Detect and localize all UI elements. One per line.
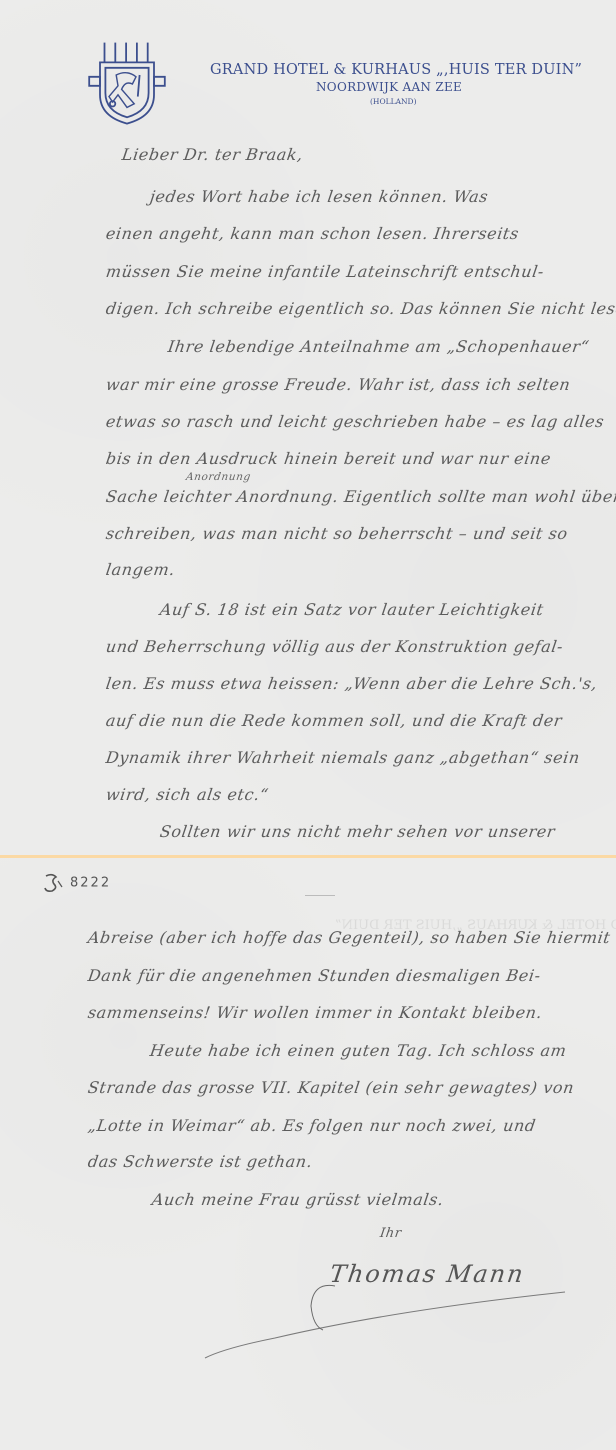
letter-line: einen angeht, kann man schon lesen. Ihre… — [105, 224, 521, 243]
letter-line: Abreise (aber ich hoffe das Gegenteil), … — [87, 928, 612, 947]
letter-line: Dynamik ihrer Wahrheit niemals ganz „abg… — [105, 748, 582, 767]
letter-line: Sache leichter Anordnung. Eigentlich sol… — [105, 487, 616, 506]
letter-line: jedes Wort habe ich lesen können. Was — [149, 187, 490, 206]
letter-line: Heute habe ich einen guten Tag. Ich schl… — [149, 1041, 568, 1060]
letterhead-city: NOORDWIJK AAN ZEE — [316, 80, 462, 94]
letter-line: und Beherrschung völlig aus der Konstruk… — [105, 637, 565, 656]
letter-line: müssen Sie meine infantile Lateinschrift… — [105, 262, 546, 281]
letter-page-2: 8222 GRAND HOTEL & KURHAUS „,HUIS TER DU… — [0, 858, 616, 1450]
letter-line: etwas so rasch und leicht geschrieben ha… — [105, 412, 606, 431]
letter-page-1: GRAND HOTEL & KURHAUS „,HUIS TER DUIN” N… — [0, 0, 616, 855]
letter-closing: Ihr — [379, 1226, 403, 1241]
letter-line: schreiben, was man nicht so beherrscht –… — [105, 524, 569, 543]
letter-line: Auf S. 18 ist ein Satz vor lauter Leicht… — [159, 600, 545, 619]
signature-flourish-icon — [195, 1278, 575, 1368]
letter-line: len. Es muss etwa heissen: „Wenn aber di… — [105, 674, 599, 693]
letter-line: auf die nun die Rede kommen soll, und di… — [105, 711, 564, 730]
letter-line: bis in den Ausdruck hinein bereit und wa… — [105, 449, 553, 468]
letter-line: sammenseins! Wir wollen immer in Kontakt… — [87, 1003, 544, 1022]
letter-line: wird, sich als etc.“ — [105, 785, 270, 804]
hotel-crest-icon — [82, 38, 172, 130]
letter-line: das Schwerste ist gethan. — [87, 1152, 314, 1171]
letter-line: war mir eine grosse Freude. Wahr ist, da… — [105, 375, 572, 394]
letter-salutation: Lieber Dr. ter Braak, — [121, 145, 305, 164]
letterhead-country: (HOLLAND) — [370, 97, 417, 106]
letterhead-title: GRAND HOTEL & KURHAUS „,HUIS TER DUIN” — [210, 62, 600, 78]
archive-number: 8222 — [42, 872, 111, 894]
faint-mark — [305, 895, 335, 896]
insertion-note: Anordnung — [185, 471, 252, 483]
letter-line: langem. — [105, 560, 177, 579]
letter-line: Dank für die angenehmen Stunden diesmali… — [87, 966, 542, 985]
archive-number-text: 8222 — [70, 876, 111, 891]
archive-stamp-icon — [42, 872, 64, 894]
letter-line: digen. Ich schreibe eigentlich so. Das k… — [105, 299, 616, 318]
letter-line: „Lotte in Weimar“ ab. Es folgen nur noch… — [87, 1116, 538, 1135]
letter-line: Sollten wir uns nicht mehr sehen vor uns… — [159, 822, 557, 841]
letter-line: Strande das grosse VII. Kapitel (ein seh… — [87, 1078, 576, 1097]
letter-line: Auch meine Frau grüsst vielmals. — [151, 1190, 445, 1209]
letter-line: Ihre lebendige Anteilnahme am „Schopenha… — [167, 337, 591, 356]
